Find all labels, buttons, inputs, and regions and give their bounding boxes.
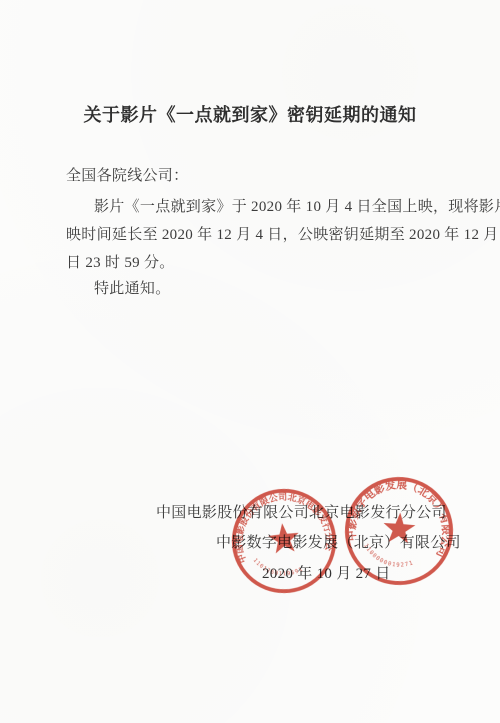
document-title: 关于影片《一点就到家》密钥延期的通知 — [0, 101, 500, 127]
official-seal-right: 中影数字电影发展（北京）有限公司 1100000019271 — [339, 471, 459, 591]
addressee-line: 全国各院线公司： — [66, 164, 188, 185]
body-text-line: 日 23 时 59 分。 — [66, 251, 175, 272]
seal-star-icon — [382, 511, 416, 544]
body-text-line: 影片《一点就到家》于 2020 年 10 月 4 日全国上映，现将影片放 — [94, 195, 500, 216]
scanned-notice-document: 关于影片《一点就到家》密钥延期的通知 全国各院线公司： 影片《一点就到家》于 2… — [0, 0, 500, 723]
seal-serial-number: 1100000019271 — [361, 543, 416, 570]
seal-serial-number: 1101260119691 — [251, 553, 305, 581]
official-seal-left: 中国电影股份有限公司北京电影发行分公司 1101260119691 — [225, 482, 344, 601]
official-seal-left-graphic: 中国电影股份有限公司北京电影发行分公司 1101260119691 — [225, 482, 344, 601]
body-text-line: 映时间延长至 2020 年 12 月 4 日，公映密钥延期至 2020 年 12… — [66, 223, 500, 244]
official-seal-right-graphic: 中影数字电影发展（北京）有限公司 1100000019271 — [339, 471, 459, 591]
closing-line: 特此通知。 — [94, 277, 171, 298]
seal-star-icon — [267, 522, 301, 554]
seal-ring-text: 中国电影股份有限公司北京电影发行分公司 — [225, 482, 337, 566]
